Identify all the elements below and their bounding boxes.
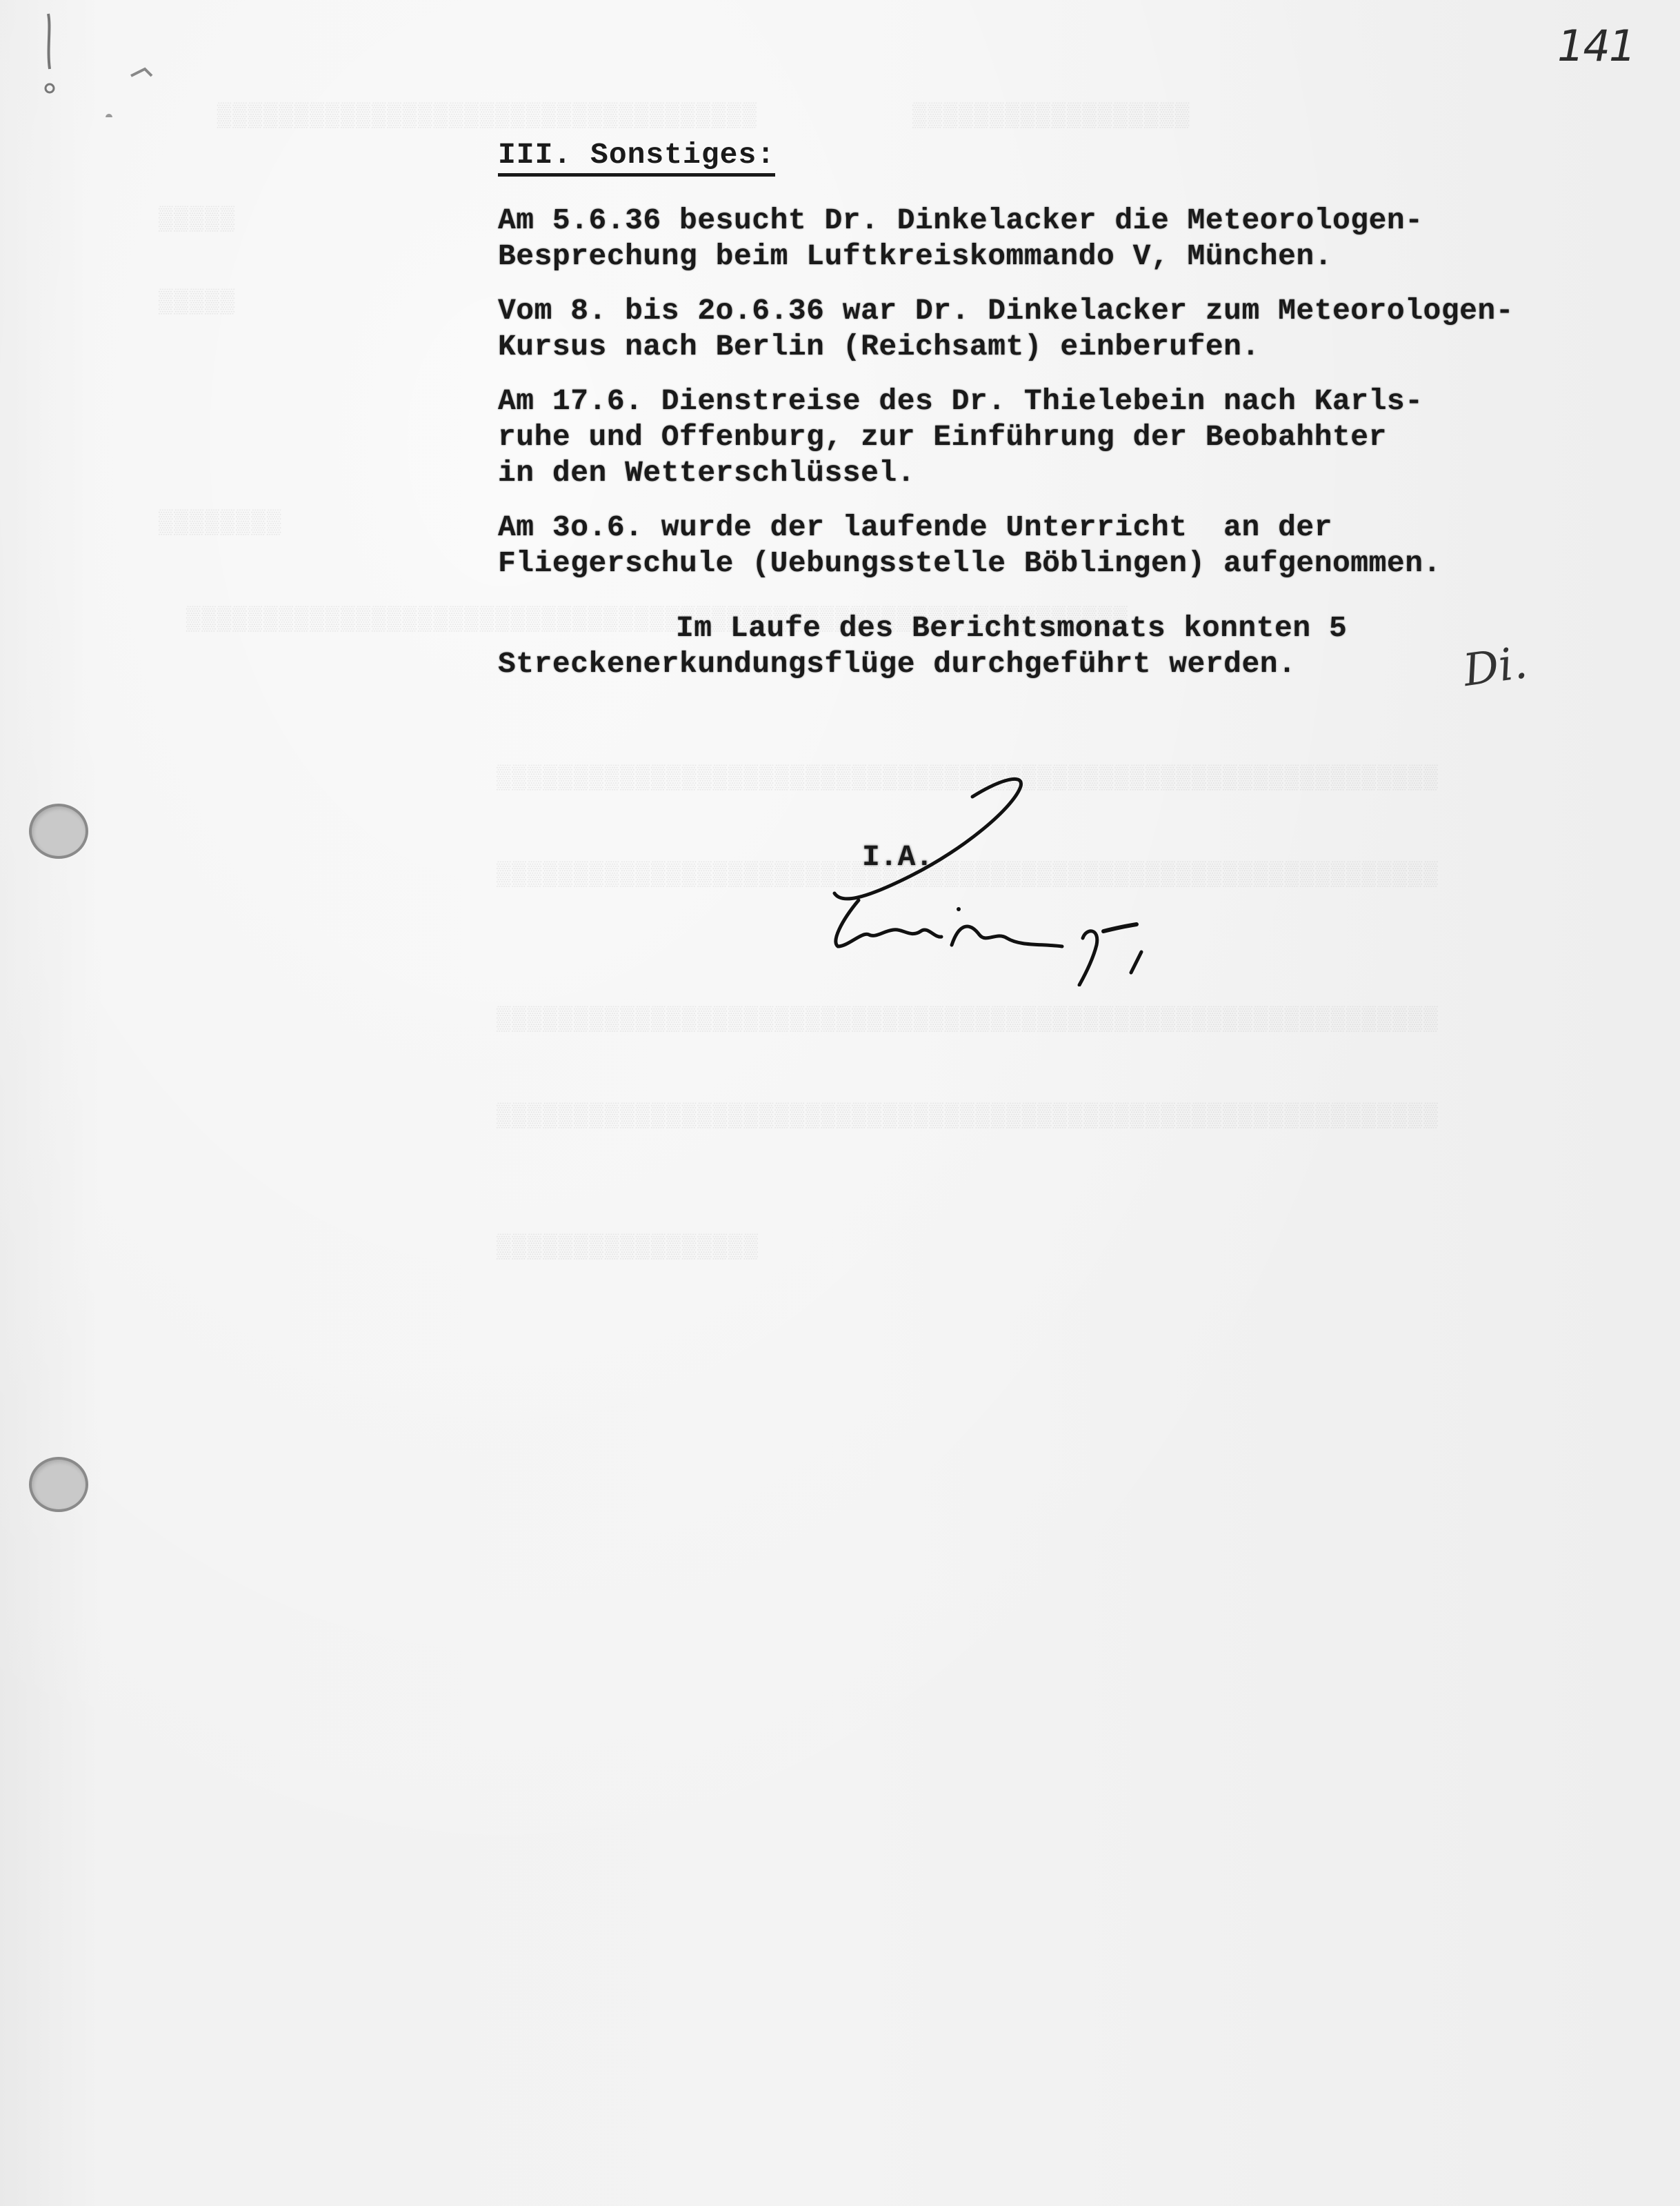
bleed-through-text: ▒▒▒▒▒▒▒▒▒▒▒▒▒▒▒▒▒▒▒▒▒▒▒▒▒▒▒▒▒▒▒▒▒▒▒▒▒▒▒▒… (497, 1104, 1439, 1130)
bleed-through-text: ▒▒▒▒▒ (159, 207, 236, 233)
text-line: in den Wetterschlüssel. (498, 455, 1670, 491)
text-line: Kursus nach Berlin (Reichsamt) einberufe… (498, 329, 1670, 365)
hole-punch (29, 1457, 88, 1512)
text-line: Besprechung beim Luftkreiskommando V, Mü… (498, 239, 1670, 275)
handwritten-signature (814, 766, 1241, 986)
paragraph-1: Am 5.6.36 besucht Dr. Dinkelacker die Me… (498, 203, 1670, 275)
text-line: Vom 8. bis 2o.6.36 war Dr. Dinkelacker z… (498, 293, 1670, 329)
report-section: III. Sonstiges: Am 5.6.36 besucht Dr. Di… (498, 138, 1670, 701)
text-line: ruhe und Offenburg, zur Einführung der B… (498, 419, 1670, 455)
document-page: ▒▒▒▒▒▒▒▒▒▒▒▒▒▒▒▒▒▒▒▒▒▒▒▒▒▒▒▒▒▒▒▒▒▒▒ ▒▒▒▒… (0, 0, 1680, 2206)
bleed-through-text: ▒▒▒▒▒▒▒▒▒▒▒▒▒▒▒▒▒▒▒▒▒▒▒▒▒▒▒▒▒▒▒▒▒▒▒▒▒▒▒▒… (497, 1007, 1439, 1033)
bleed-through-text: ▒▒▒▒▒▒▒▒▒▒▒▒▒▒▒▒▒▒▒▒▒▒▒▒▒▒▒▒▒▒▒▒▒▒▒ ▒▒▒▒… (186, 103, 1190, 130)
margin-stamp-marks (28, 7, 179, 117)
folio-number: 141 (1557, 21, 1634, 71)
handwritten-initials: Di. (1460, 637, 1530, 697)
text-line: Am 3o.6. wurde der laufende Unterricht a… (498, 510, 1670, 546)
paragraph-2: Vom 8. bis 2o.6.36 war Dr. Dinkelacker z… (498, 293, 1670, 365)
bleed-through-text: ▒▒▒▒▒▒▒▒▒▒▒▒▒▒▒▒▒ (497, 1235, 759, 1261)
bleed-through-text: ▒▒▒▒▒▒▒▒ (159, 510, 282, 537)
paragraph-3: Am 17.6. Dienstreise des Dr. Thielebein … (498, 384, 1670, 491)
bleed-through-text: ▒▒▒▒▒ (159, 290, 236, 316)
text-line: Fliegerschule (Uebungsstelle Böblingen) … (498, 546, 1670, 582)
hole-punch (29, 804, 88, 859)
text-line: Am 5.6.36 besucht Dr. Dinkelacker die Me… (498, 203, 1670, 239)
text-line: Am 17.6. Dienstreise des Dr. Thielebein … (498, 384, 1670, 419)
paragraph-4: Am 3o.6. wurde der laufende Unterricht a… (498, 510, 1670, 582)
section-heading: III. Sonstiges: (498, 138, 775, 177)
